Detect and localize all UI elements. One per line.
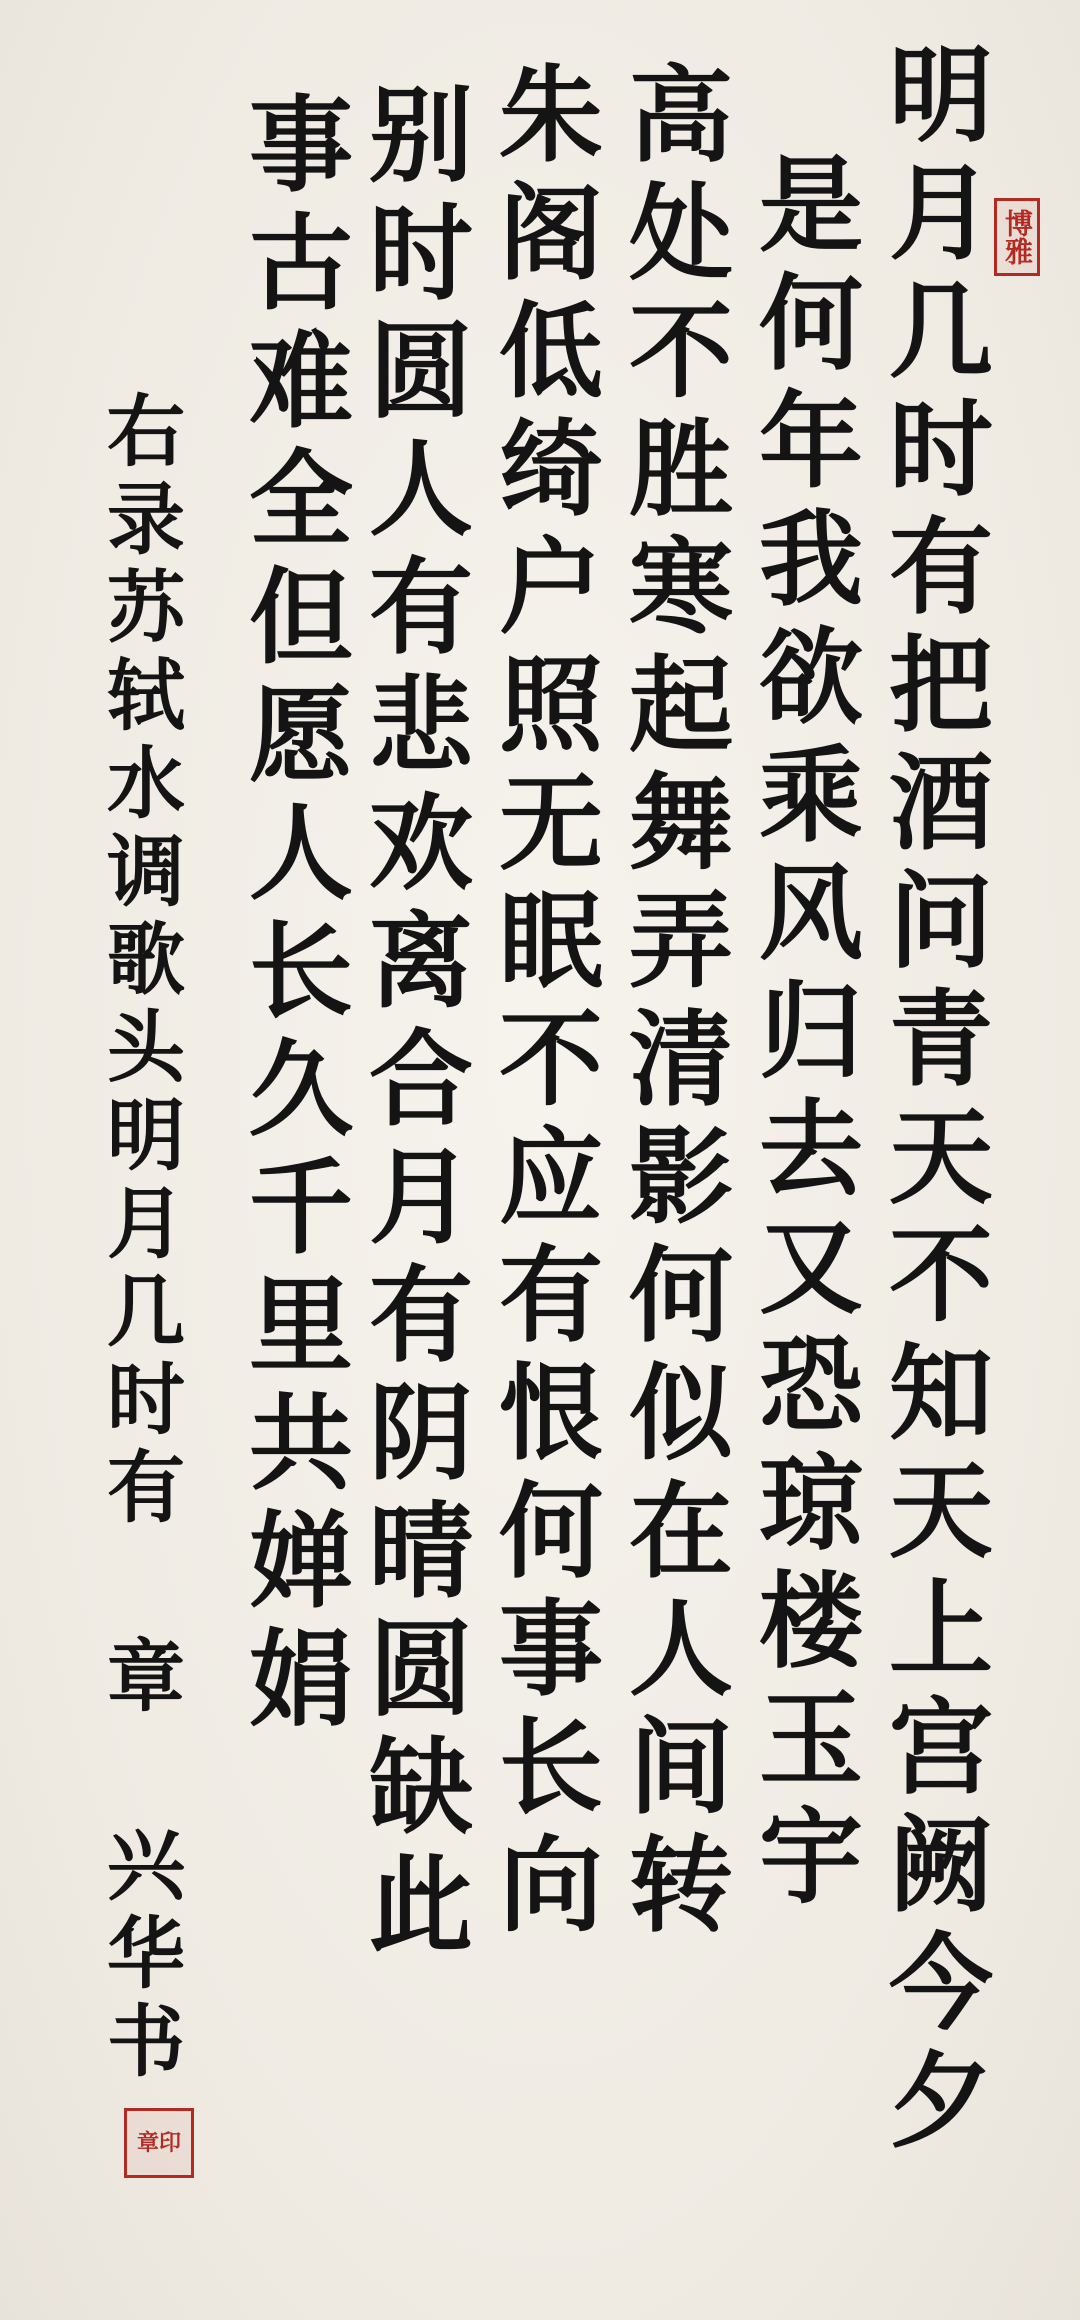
inscription: 右录苏轼水调歌头明月几时有 章 兴华书 [100, 390, 178, 2088]
calligraphy-scroll: 博雅 明月几时有把酒问青天不知天上宫阙今夕 是何年我欲乘风归去又恐琼楼玉宇 高处… [0, 0, 1080, 2320]
poem-column-3: 高处不胜寒起舞弄清影何似在人间转 [620, 60, 724, 1948]
poem-column-6: 事古难全但愿人长久千里共婵娟 [240, 90, 344, 1742]
seal-bottom-left: 章印 [124, 2108, 194, 2178]
seal-top-right: 博雅 [994, 198, 1040, 276]
poem-column-1: 明月几时有把酒问青天不知天上宫阙今夕 [880, 40, 984, 2164]
poem-column-2: 是何年我欲乘风归去又恐琼楼玉宇 [750, 150, 854, 1920]
poem-column-4: 朱阁低绮户照无眠不应有恨何事长向 [490, 60, 594, 1948]
poem-column-5: 别时圆人有悲欢离合月有阴晴圆缺此 [360, 80, 464, 1968]
